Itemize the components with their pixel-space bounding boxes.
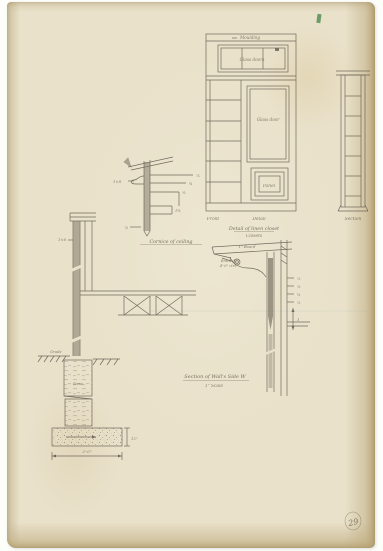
grade-note: Grade xyxy=(50,349,63,354)
cabinet-caption-line2: Closets xyxy=(246,234,263,239)
bracket-dim-note: 1 xyxy=(297,317,300,322)
bracket-tick-dim-3: ⅞ xyxy=(297,301,301,305)
wall-section xyxy=(38,213,196,460)
sheet-caption-line1: Section of Wall's Side W xyxy=(184,374,246,380)
view-label-detail: Detail xyxy=(251,217,266,222)
bracket-note-line1: Bracket xyxy=(220,259,236,263)
cabinet-caption-line1: Detail of linen closet xyxy=(228,226,279,232)
bracket-tick-dim-1: ⅝ xyxy=(297,285,301,289)
cabinet-side-section xyxy=(336,71,370,211)
drawing-linework: Moulding Glass doors Glass door Panel Fr… xyxy=(0,0,383,551)
cornice-note-left: 1×8 xyxy=(113,179,122,184)
cornice-dim-1: ¾ xyxy=(189,181,193,186)
cornice-detail xyxy=(124,157,193,236)
stone-note: Stone xyxy=(73,382,84,386)
cabinet-door xyxy=(247,86,289,162)
bracket-tick-dim-0: ⅞ xyxy=(297,277,301,281)
stud-note: 1×6 xyxy=(58,237,67,242)
green-stamp-mark xyxy=(316,14,321,23)
view-label-front: Front xyxy=(206,217,220,222)
scanned-drawing-sheet: Moulding Glass doors Glass door Panel Fr… xyxy=(0,0,383,551)
cornice-dim-3: 1¾ xyxy=(175,208,181,213)
cornice-dim-2: ⅝ xyxy=(182,191,186,195)
cornice-dim-0: ⅞ xyxy=(196,174,200,178)
view-label-section: Section xyxy=(345,217,362,222)
cornice-caption: Cornice of ceiling xyxy=(149,239,192,245)
board-note: 1" Board xyxy=(239,244,257,249)
footing-width-dim: 3'-0" xyxy=(82,449,92,454)
bracket-tick-dim-2: ¾ xyxy=(297,292,300,297)
cornice-note-bottom: ⅞ xyxy=(124,225,128,230)
bracket-note-line2: 4'-0" ctrs xyxy=(219,264,237,268)
footing-depth-dim: 12" xyxy=(131,436,138,441)
panel-label: Panel xyxy=(262,184,276,189)
cabinet-top-note: Moulding xyxy=(239,35,261,40)
glass-door-label: Glass door xyxy=(257,117,281,122)
sheet-caption-line2: 1" Scale xyxy=(205,384,224,389)
pencil-smudge xyxy=(275,48,279,51)
glass-doors-label: Glass doors xyxy=(240,57,265,62)
corner-pencil-mark: 29 xyxy=(346,517,359,528)
